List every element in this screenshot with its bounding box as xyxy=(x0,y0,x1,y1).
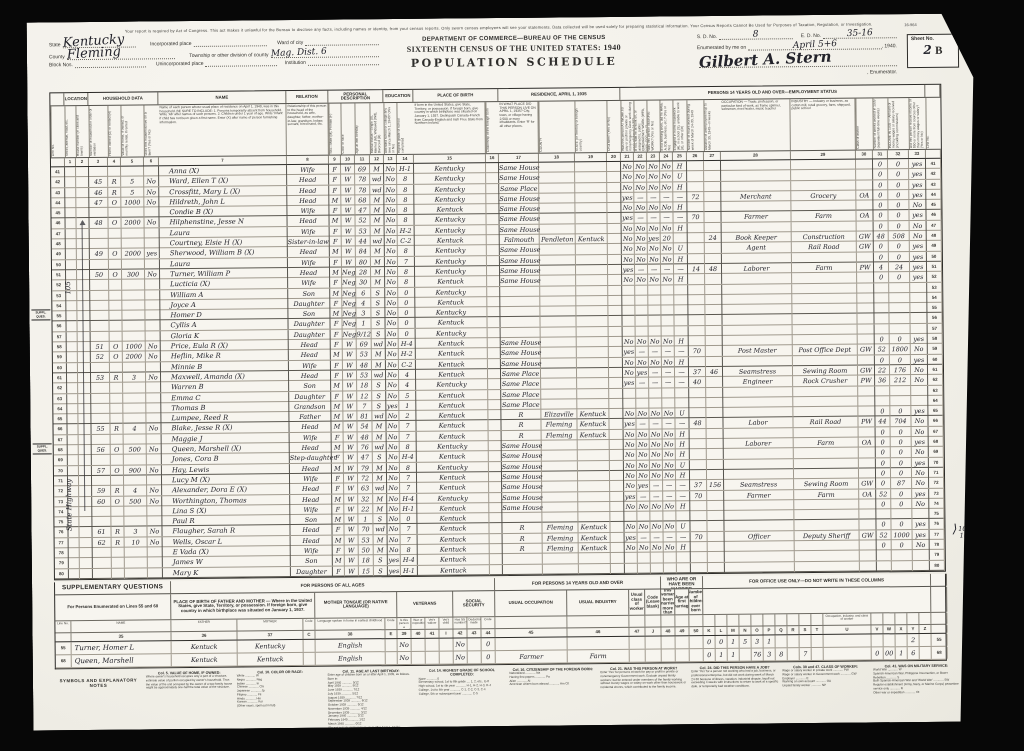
unemployment-duration-cell xyxy=(706,398,723,408)
grade-cell: H-1 xyxy=(400,504,417,514)
emp-had-job-cell: No xyxy=(662,408,675,418)
supplementary-marker-line55: SUPPL. QUES. xyxy=(31,309,50,320)
relation-cell: Wife xyxy=(287,165,329,175)
industry-cell: Sewing Room xyxy=(793,366,858,377)
column-number-19: 19 xyxy=(575,153,607,161)
relation-cell: Wife xyxy=(287,206,329,216)
hours-worked-cell xyxy=(689,326,706,336)
column-number-30: 30 xyxy=(856,150,873,158)
emp-had-job-cell xyxy=(662,398,675,408)
emp-at-work-cell xyxy=(622,296,635,306)
sex-cell: F xyxy=(331,360,343,370)
supplementary-cell-22: 0 xyxy=(716,636,728,648)
house-number-cell xyxy=(76,177,89,187)
sex-cell: F xyxy=(330,319,342,329)
household-number-cell xyxy=(92,517,111,527)
emp-class-cell: H xyxy=(676,501,690,511)
township-value-handwriting: Mag. Dist. 6 xyxy=(270,49,326,57)
home-value-cell xyxy=(123,403,146,413)
supplementary-col-label-16 xyxy=(629,616,645,627)
emp-class-cell: — xyxy=(673,192,687,202)
sd-label: S. D. No. xyxy=(697,34,717,40)
res-1935-county-cell xyxy=(539,214,575,224)
res-1935-county-cell xyxy=(542,471,578,481)
supplementary-band1-cell-3: FOR ALL WOMEN WHO ARE OR HAVE BEEN MARRI… xyxy=(661,576,703,588)
emp-had-job-cell: No xyxy=(663,522,676,532)
line-right-cell: 45 xyxy=(926,200,941,210)
unemployment-duration-cell xyxy=(706,336,723,346)
birthplace-cell: Kentucky xyxy=(414,184,486,195)
emp-class-cell: — xyxy=(675,377,689,387)
farm-cell: No xyxy=(146,352,161,362)
household-number-cell: 53 xyxy=(91,373,110,383)
marital-status-cell: M xyxy=(373,494,387,504)
line-right-cell: 67 xyxy=(929,427,944,437)
other-income-cell: yes xyxy=(912,458,929,468)
grade-cell: H-4 xyxy=(400,493,417,503)
relation-cell: Head xyxy=(290,494,332,504)
relation-cell: Son xyxy=(288,288,330,298)
unemployment-duration-cell xyxy=(707,490,724,500)
age-cell: 6 xyxy=(356,288,371,298)
industry-cell xyxy=(791,170,856,181)
supplementary-cell-1: Queen, Marshell xyxy=(72,654,172,667)
birthplace-cell: Kentuck xyxy=(418,544,490,555)
res-1935-state-cell xyxy=(578,471,610,481)
other-income-cell: No xyxy=(911,344,928,354)
hours-worked-cell xyxy=(688,223,705,233)
supplementary-band1-cell-0: SUPPLEMENTARY QUESTIONS xyxy=(55,581,171,594)
emp-seeking-cell: No xyxy=(649,337,662,347)
sex-cell: M xyxy=(330,247,342,257)
line-right-cell: 72 xyxy=(929,478,944,488)
grade-cell: 2 xyxy=(399,411,416,421)
line-left-cell: 80 xyxy=(55,569,69,579)
home-value-cell: 2000 xyxy=(122,218,145,228)
res-1935-state-cell xyxy=(576,224,608,234)
attended-school-cell: No xyxy=(385,267,398,277)
race-cell: W xyxy=(341,185,355,195)
sex-cell: F xyxy=(333,566,345,576)
grade-cell: 5 xyxy=(399,390,416,400)
income-cell: 212 xyxy=(890,375,911,385)
line-left-cell: 70 xyxy=(54,466,68,476)
supplementary-col-number-5: 38 xyxy=(315,630,385,639)
hours-worked-cell xyxy=(689,408,706,418)
emp-had-job-cell xyxy=(664,563,677,573)
house-number-cell xyxy=(76,167,89,177)
header-right-fields: S. D. No. 8 E. D. No. 35-16 Enumerated b… xyxy=(697,30,897,77)
relation-cell: Wife xyxy=(291,546,333,556)
res-1935-state-cell: Kentuck xyxy=(579,533,611,543)
emp-class-cell: H xyxy=(676,450,690,460)
supplementary-band2-cell-0: For Persons Enumerated on Lines 55 and 6… xyxy=(55,594,171,620)
emp-class-cell: H xyxy=(673,202,687,212)
emp-had-job-cell: — xyxy=(662,419,675,429)
emp-seeking-cell xyxy=(648,316,661,326)
line-right-cell: 53 xyxy=(927,282,942,292)
supplementary-col-label-8: War or expedition xyxy=(411,618,425,629)
line-left-cell: 74 xyxy=(54,507,68,517)
group-header-8: RESIDENCE, APRIL 1, 1935 xyxy=(498,88,620,101)
occupation-cell xyxy=(722,284,792,295)
class-of-worker-cell: PW xyxy=(858,376,875,386)
emp-at-work-cell xyxy=(623,326,636,336)
note-line-6-0: Enter 'Yes' for persons at work for pay … xyxy=(600,670,687,690)
industry-cell xyxy=(793,407,858,418)
occupation-cell xyxy=(722,222,792,233)
unemployment-duration-cell xyxy=(705,305,722,315)
industry-cell: Farm xyxy=(792,263,857,274)
supplementary-col-number-16: 47 xyxy=(629,628,645,636)
age-cell: 15 xyxy=(359,566,374,576)
class-of-worker-cell: GW xyxy=(858,345,875,355)
supplementary-cell-22: 1 xyxy=(716,649,728,661)
class-of-worker-cell xyxy=(858,407,875,417)
citizenship-cell xyxy=(490,544,503,554)
house-number-cell xyxy=(77,280,90,290)
enumerated-label: Enumerated by me on xyxy=(697,45,746,51)
res-1935-state-cell: Kentuck xyxy=(577,419,609,429)
emp-seeking-cell: No xyxy=(647,182,660,192)
res-1935-farm-cell xyxy=(611,533,625,543)
weeks-1939-cell: 0 xyxy=(876,437,891,447)
age-cell: 63 xyxy=(358,483,373,493)
tenure-cell: R xyxy=(110,373,123,383)
res-1935-place-cell xyxy=(503,564,543,574)
marital-status-cell: S xyxy=(373,452,387,462)
res-1935-farm-cell xyxy=(608,265,622,275)
line-left-cell: 47 xyxy=(52,229,66,239)
supplementary-col-number-13: 44 xyxy=(481,629,495,637)
supplementary-cell-10 xyxy=(440,651,454,663)
emp-at-work-cell xyxy=(623,388,636,398)
emp-seeking-cell: — xyxy=(647,192,660,202)
emp-had-job-cell: — xyxy=(662,347,675,357)
supplementary-col-label-14 xyxy=(495,616,567,628)
occupation-cell xyxy=(721,171,791,182)
age-cell: 52 xyxy=(355,216,370,226)
emp-seeking-cell: No xyxy=(647,203,660,213)
marital-status-cell: wd xyxy=(373,525,387,535)
tenure-cell xyxy=(110,403,123,413)
res-1935-place-cell: Same Place xyxy=(501,379,541,389)
attended-school-cell: No xyxy=(387,432,400,442)
other-income-cell: yes xyxy=(910,272,927,282)
res-1935-county-cell xyxy=(542,440,578,450)
industry-cell xyxy=(794,458,859,469)
class-of-worker-cell: OA xyxy=(856,190,873,200)
street-cell xyxy=(67,394,78,404)
column-number-29: 29 xyxy=(791,151,856,160)
household-number-cell: 48 xyxy=(90,218,109,228)
farm-cell xyxy=(145,238,160,248)
house-number-cell xyxy=(77,321,90,331)
supplementary-col-number-15: 46 xyxy=(567,628,629,637)
group-header-1: LOCATION xyxy=(64,93,88,105)
res-1935-county-cell xyxy=(540,306,576,316)
res-1935-place-cell: Same House xyxy=(499,163,539,173)
attended-school-cell: No xyxy=(385,318,398,328)
emp-class-cell: — xyxy=(675,347,689,357)
occupation-cell xyxy=(725,541,795,552)
res-1935-farm-cell xyxy=(610,460,624,470)
sex-cell: F xyxy=(332,525,344,535)
supplementary-col-number-4: C xyxy=(303,631,315,639)
res-1935-county-cell xyxy=(543,564,579,574)
grade-cell: 7 xyxy=(398,257,415,267)
citizenship-cell xyxy=(490,554,503,564)
farm-cell: No xyxy=(145,269,160,279)
occupation-cell xyxy=(722,273,792,284)
industry-cell xyxy=(792,252,857,263)
group-header-10 xyxy=(925,85,940,97)
emp-class-cell: H xyxy=(673,182,687,192)
citizenship-cell xyxy=(486,173,499,183)
class-of-worker-cell xyxy=(858,334,875,344)
occupation-cell xyxy=(723,407,793,418)
weeks-1939-cell xyxy=(875,324,890,334)
household-number-cell: 47 xyxy=(89,198,108,208)
res-1935-state-cell xyxy=(578,502,610,512)
emp-public-work-cell: No xyxy=(636,409,649,419)
emp-public-work-header: If not, was he at work on, or assigned t… xyxy=(633,101,646,152)
emp-seeking-cell: No xyxy=(650,429,663,439)
birthplace-cell: Kentuck xyxy=(416,390,488,401)
farm-cell xyxy=(145,228,160,238)
res-1935-county-cell xyxy=(542,502,578,512)
farm-cell: No xyxy=(147,485,162,495)
street-cell xyxy=(68,476,79,486)
emp-at-work-cell: No xyxy=(622,224,635,234)
supplementary-cell-6 xyxy=(386,652,398,664)
emp-at-work-cell: No xyxy=(622,244,635,254)
res-1935-farm-cell xyxy=(610,491,624,501)
hours-worked-cell xyxy=(690,429,707,439)
age-cell: 69 xyxy=(355,164,370,174)
line-right-cell: 56 xyxy=(927,313,942,323)
tenure-cell xyxy=(109,228,122,238)
occupation-cell xyxy=(722,253,792,264)
supplementary-cell-12 xyxy=(468,651,482,663)
relation-cell: Head xyxy=(291,535,333,545)
house-number-cell xyxy=(78,383,91,393)
citizenship-cell xyxy=(487,225,500,235)
column-number-0 xyxy=(51,158,65,166)
birthplace-cell: Kentuck xyxy=(416,400,488,411)
birthplace-cell: Kentucky xyxy=(417,462,489,473)
supplementary-cell-28 xyxy=(788,648,800,660)
emp-had-job-cell: — xyxy=(660,192,673,202)
line-left-cell: 54 xyxy=(52,301,66,311)
res-1935-farm-cell xyxy=(608,244,622,254)
sex-cell: M xyxy=(330,309,342,319)
grade-cell: C-2 xyxy=(399,359,416,369)
attended-school-cell: No xyxy=(388,545,401,555)
emp-public-work-cell: — xyxy=(638,532,651,542)
grade-cell: 8 xyxy=(397,205,414,215)
supplementary-cell-18 xyxy=(662,649,676,661)
unemployment-duration-cell xyxy=(707,449,724,459)
attended-school-cell: No xyxy=(384,185,397,195)
tenure-cell: O xyxy=(109,218,122,228)
res-1935-state-cell xyxy=(576,255,608,265)
supplementary-cell-19 xyxy=(676,649,690,661)
race-cell: W xyxy=(341,216,355,226)
emp-seeking-cell: No xyxy=(650,470,663,480)
emp-public-work-cell: No xyxy=(637,471,650,481)
attended-school-cell: No xyxy=(384,174,397,184)
hours-worked-cell xyxy=(690,521,707,531)
citizenship-cell xyxy=(488,338,501,348)
other-income-cell: yes xyxy=(909,159,926,169)
birthplace-cell: Kentucky xyxy=(415,256,487,267)
income-cell: 704 xyxy=(890,417,911,427)
sex-cell: M xyxy=(332,463,344,473)
household-number-cell xyxy=(90,239,109,249)
emp-at-work-cell: No xyxy=(623,409,636,419)
supplementary-cell-25: 3 xyxy=(752,635,764,647)
birthplace-cell: Kentucky xyxy=(415,266,487,277)
weeks-1939-cell: 0 xyxy=(875,406,890,416)
marital-status-cell: wd xyxy=(370,174,384,184)
home-value-cell: 1000 xyxy=(123,341,146,351)
column-number-8: 8 xyxy=(287,156,329,164)
race-cell: Neg xyxy=(342,319,356,329)
relation-cell: Wife xyxy=(290,432,332,442)
res-1935-farm-cell xyxy=(609,399,623,409)
tenure-cell: O xyxy=(108,198,121,208)
relation-header: Relationship of this person to the head … xyxy=(286,104,328,155)
hours-worked-cell: 72 xyxy=(687,192,704,202)
occupation-cell xyxy=(724,449,794,460)
occupation-cell xyxy=(723,397,793,408)
res-1935-farm-cell xyxy=(609,409,623,419)
emp-had-job-cell: No xyxy=(663,429,676,439)
attended-school-cell: No xyxy=(385,257,398,267)
grade-cell: H-4 xyxy=(401,555,418,565)
home-value-cell xyxy=(121,166,144,176)
house-number-cell xyxy=(77,249,90,259)
house-number-cell xyxy=(78,332,91,342)
column-number-24: 24 xyxy=(660,152,673,160)
industry-cell xyxy=(792,304,857,315)
enumeration-year: , 1940. xyxy=(882,43,897,49)
age-cell: 30 xyxy=(356,278,371,288)
birthplace-cell: Kentuck xyxy=(417,431,489,442)
income-cell: 0 xyxy=(891,427,912,437)
supplementary-col-label-23 xyxy=(727,615,739,626)
grade-cell: 4 xyxy=(399,370,416,380)
income-cell: 0 xyxy=(890,406,911,416)
occupation-cell: Laborer xyxy=(724,438,794,449)
race-cell: W xyxy=(345,545,359,555)
farm-cell xyxy=(144,207,159,217)
emp-public-work-cell: — xyxy=(636,347,649,357)
citizenship-cell xyxy=(489,523,502,533)
res-1935-farm-cell xyxy=(608,296,622,306)
res-1935-state-cell xyxy=(577,337,609,347)
age-cell: 70 xyxy=(358,525,373,535)
birthplace-header: If born in the United States, give State… xyxy=(413,102,485,154)
home-value-cell: 3 xyxy=(124,527,147,537)
emp-public-work-cell xyxy=(638,553,651,563)
line-right-cell: 47 xyxy=(927,221,942,231)
supplementary-cell-34 xyxy=(896,634,908,646)
income-header: INCOME IN 1939 — Amount of money wages o… xyxy=(887,98,908,149)
supplementary-col-number-34: X xyxy=(895,625,907,633)
sex-header: Sex—Male (M), Female (F) xyxy=(328,104,340,155)
birthplace-cell: Kentuck xyxy=(415,235,487,246)
income-cell: 0 xyxy=(891,499,912,509)
farm-cell: No xyxy=(147,444,162,454)
emp-at-work-cell: No xyxy=(622,275,635,285)
weeks-1939-cell: 0 xyxy=(874,221,889,231)
emp-class-cell xyxy=(674,316,688,326)
marital-status-cell: S xyxy=(372,391,386,401)
emp-class-cell: U xyxy=(674,244,688,254)
attended-school-cell: No xyxy=(384,205,397,215)
emp-seeking-cell xyxy=(648,295,661,305)
citizenship-cell xyxy=(486,194,499,204)
line-right-cell: 59 xyxy=(928,344,943,354)
house-number-cell xyxy=(77,291,90,301)
hours-worked-cell xyxy=(690,449,707,459)
other-income-cell: No xyxy=(911,375,928,385)
other-income-cell: yes xyxy=(910,252,927,262)
emp-had-job-cell: — xyxy=(662,378,675,388)
supplementary-col-number-8: 40 xyxy=(411,630,425,638)
grade-cell: 7 xyxy=(401,535,418,545)
res-1935-county-cell: Fleming xyxy=(542,523,578,533)
note-line-5-3: American citizen born abroad ...........… xyxy=(510,683,597,688)
farm-cell xyxy=(146,331,161,341)
tenure-cell xyxy=(111,517,124,527)
line-left-cell: 61 xyxy=(53,373,67,383)
emp-class-cell: U xyxy=(676,460,690,470)
income-cell: 0 xyxy=(889,272,910,282)
emp-class-cell: H xyxy=(676,429,690,439)
supplementary-cell-7: No xyxy=(398,652,412,664)
house-number-cell xyxy=(79,486,92,496)
emp-public-work-cell: No xyxy=(634,162,647,172)
emp-at-work-cell: No xyxy=(621,182,634,192)
marital-status-cell: S xyxy=(374,555,388,565)
supplementary-col-number-29: S xyxy=(799,626,811,634)
hours-worked-header: Number of hours worked during week of Ma… xyxy=(686,100,703,151)
res-1935-farm-cell xyxy=(607,162,621,172)
weeks-1939-cell: 44 xyxy=(875,417,890,427)
res-1935-county-cell: Fleming xyxy=(543,543,579,553)
hours-worked-cell: 37 xyxy=(690,480,707,490)
res-1935-farm-cell xyxy=(610,481,624,491)
farm-cell xyxy=(146,413,161,423)
unemployment-duration-cell xyxy=(706,418,723,428)
street-cell xyxy=(68,517,79,527)
county-label: County xyxy=(49,54,65,60)
supplementary-col-number-19: 49 xyxy=(675,627,689,635)
tenure-cell xyxy=(109,321,122,331)
column-number-26: 26 xyxy=(687,152,704,160)
sheet-number-handwriting: 2 xyxy=(923,43,931,57)
unemployment-duration-cell xyxy=(707,460,724,470)
grade-cell: H-2 xyxy=(399,349,416,359)
line-right-cell: 68 xyxy=(929,437,944,447)
relation-cell: Son xyxy=(290,515,332,525)
emp-at-work-cell xyxy=(622,316,635,326)
street-cell xyxy=(65,198,76,208)
age-cell: 50 xyxy=(359,545,374,555)
